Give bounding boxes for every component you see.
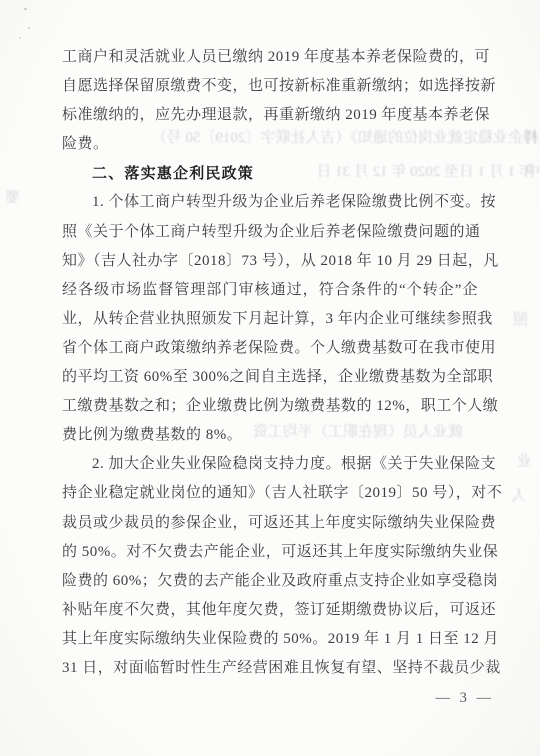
section-heading: 二、落实惠企利民政策 — [62, 159, 478, 188]
text-line: 费比例为缴费基数的 8%。 — [62, 421, 478, 450]
show-through-text: 业 — [506, 452, 532, 472]
text-line: 省个体工商户政策缴纳养老保险费。个人缴费基数可在我市使用 — [62, 334, 478, 363]
text-line: 的 50%。对不欠费去产能企业，可返还其上年度实际缴纳失业保 — [62, 538, 478, 567]
text-line: 持企业稳定就业岗位的通知》（吉人社联字〔2019〕50 号），对不 — [62, 479, 478, 508]
text-line: 1. 个体工商户转型升级为企业后养老保险缴费比例不变。按 — [62, 188, 478, 217]
document-page: 持企业稳定就业岗位的通知》（吉人社联字〔2019〕50 号）样年 1 月 1 日… — [0, 0, 540, 756]
text-line: 工商户和灵活就业人员已缴纳 2019 年度基本养老保险费的，可 — [62, 43, 478, 72]
text-line: 的平均工资 60%至 300%之间自主选择，企业缴费基数为全部职 — [62, 363, 478, 392]
text-line: 补贴年度不欠费，其他年度欠费，签订延期缴费协议后，可返还 — [62, 596, 478, 625]
text-line: 业，从转企营业执照颁发下月起计算，3 年内企业可继续参照我 — [62, 305, 478, 334]
document-text: 工商户和灵活就业人员已缴纳 2019 年度基本养老保险费的，可自愿选择保留原缴费… — [62, 43, 478, 683]
page-number: — 3 — — [436, 690, 495, 707]
show-through-text: 人 — [500, 486, 526, 506]
text-line: 工缴费基数之和；企业缴费比例为缴费基数的 12%，职工个人缴 — [62, 392, 478, 421]
text-line: 险费的 60%；欠费的去产能企业及政府重点支持企业如享受稳岗 — [62, 567, 478, 596]
text-line: 知》（吉人社办字〔2018〕73 号），从 2018 年 10 月 29 日起，… — [62, 247, 478, 276]
text-line: 自愿选择保留原缴费不变，也可按新标准重新缴纳；如选择按新 — [62, 72, 478, 101]
text-line: 2. 加大企业失业保险稳岗支持力度。根据《关于失业保险支 — [62, 450, 478, 479]
text-line: 标准缴纳的，应先办理退款，再重新缴纳 2019 年度基本养老保 — [62, 101, 478, 130]
text-line: 照《关于个体工商户转型升级为企业后养老保险缴费问题的通 — [62, 218, 478, 247]
text-line: 经各级市场监督管理部门审核通过，符合条件的“个转企”企 — [62, 276, 478, 305]
scan-speck — [28, 27, 30, 29]
scan-speck — [19, 37, 21, 39]
text-line: 裁员或少裁员的参保企业，可返还其上年度实际缴纳失业保险费 — [62, 509, 478, 538]
text-line: 31 日，对面临暂时性生产经营困难且恢复有望、坚持不裁员少裁 — [62, 654, 478, 683]
text-line: 其上年度实际缴纳失业保险费的 50%。2019 年 1 月 1 日至 12 月 — [62, 625, 478, 654]
show-through-text: 样 — [512, 128, 538, 148]
text-line: 险费。 — [62, 130, 478, 159]
show-through-text: 照 — [502, 310, 528, 330]
show-through-text: 要 — [0, 188, 20, 208]
scan-speck — [24, 8, 27, 10]
show-through-text: 中 — [514, 162, 540, 182]
